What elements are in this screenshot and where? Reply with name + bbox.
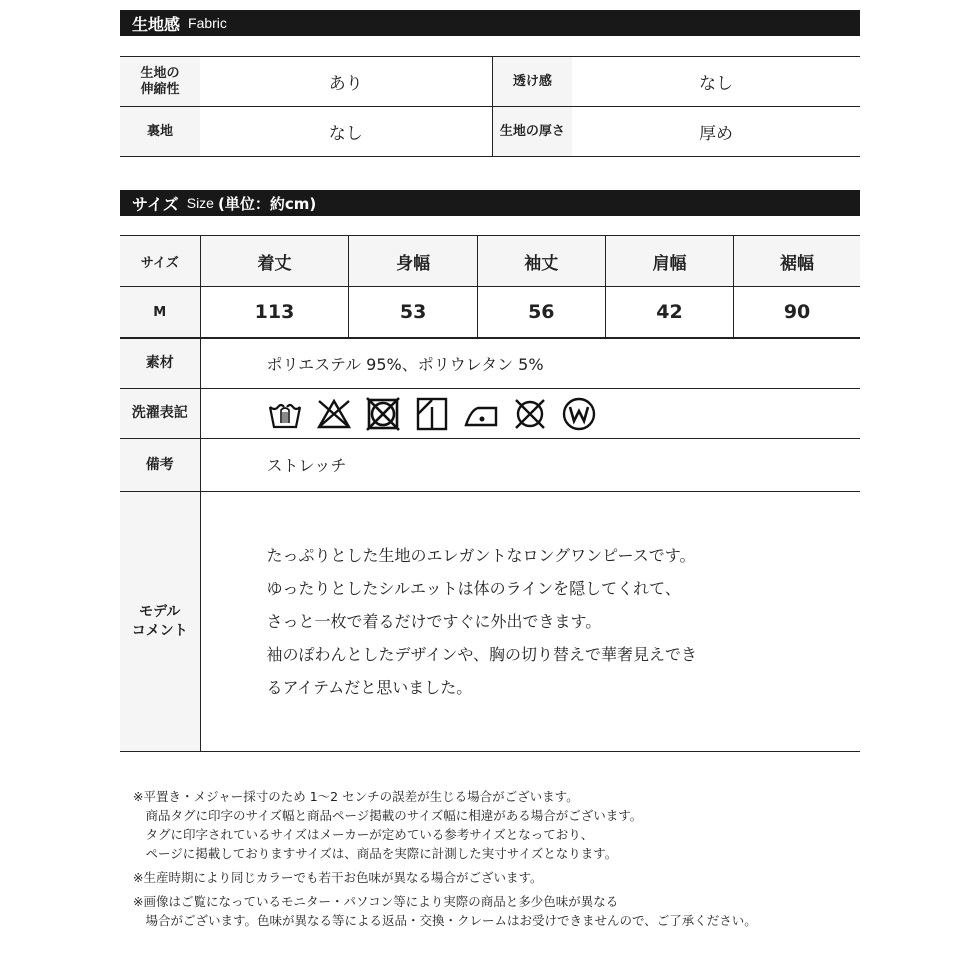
no-tumble-dry-icon xyxy=(365,396,401,432)
col-length: 着丈 xyxy=(200,236,349,287)
remarks-value: ストレッチ xyxy=(200,439,860,492)
transparency-label: 透け感 xyxy=(492,57,572,107)
fabric-row: 裏地 なし 生地の厚さ 厚め xyxy=(120,107,860,157)
col-width: 身幅 xyxy=(349,236,477,287)
thickness-label: 生地の厚さ xyxy=(492,107,572,157)
fabric-title-en: Fabric xyxy=(188,15,227,31)
size-value: 53 xyxy=(349,287,477,338)
comment-label-line: モデル xyxy=(120,603,200,622)
comment-line: 袖のぽわんとしたデザインや、胸の切り替えで華奢見えでき xyxy=(267,638,861,671)
comment-label: モデル コメント xyxy=(120,492,200,752)
size-title-jp: サイズ xyxy=(132,192,179,215)
note-line: タグに印字されているサイズはメーカーが定めている参考サイズとなっており、 xyxy=(133,825,757,844)
notes: ※平置き・メジャー採寸のため 1〜2 センチの誤差が生じる場合がございます。 商… xyxy=(133,787,757,930)
fabric-row: 生地の 伸縮性 あり 透け感 なし xyxy=(120,57,860,107)
info-table: 素材 ポリエステル 95%、ポリウレタン 5% 洗濯表記 xyxy=(120,338,860,752)
col-sleeve: 袖丈 xyxy=(477,236,605,287)
col-shoulder: 肩幅 xyxy=(605,236,733,287)
iron-low-icon xyxy=(463,396,499,432)
comment-label-line: コメント xyxy=(120,622,200,641)
fabric-table: 生地の 伸縮性 あり 透け感 なし 裏地 なし 生地の厚さ 厚め xyxy=(120,56,860,157)
lining-label: 裏地 xyxy=(120,107,200,157)
lining-value: なし xyxy=(200,107,492,157)
comment-line: ゆったりとしたシルエットは体のラインを隠してくれて、 xyxy=(267,572,861,605)
note-line: 場合がございます。色味が異なる等による返品・交換・クレームはお受けできませんので… xyxy=(133,911,757,930)
size-value: 113 xyxy=(200,287,349,338)
size-header-row: サイズ 着丈 身幅 袖丈 肩幅 裾幅 xyxy=(120,236,860,287)
size-unit: (単位：約cm) xyxy=(218,193,316,214)
note-line: ※生産時期により同じカラーでも若干お色味が異なる場合がございます。 xyxy=(133,868,757,887)
note-line: ページに掲載しておりますサイズは、商品を実際に計測した実寸サイズとなります。 xyxy=(133,844,757,863)
note-line: ※平置き・メジャー採寸のため 1〜2 センチの誤差が生じる場合がございます。 xyxy=(133,787,757,806)
material-row: 素材 ポリエステル 95%、ポリウレタン 5% xyxy=(120,339,860,389)
stretch-value: あり xyxy=(200,57,492,107)
size-section-header: サイズ Size (単位：約cm) xyxy=(120,190,860,216)
fabric-title-jp: 生地感 xyxy=(132,12,180,35)
care-icons-cell xyxy=(200,389,860,439)
no-dry-clean-icon xyxy=(512,396,548,432)
wet-clean-icon xyxy=(561,396,597,432)
thickness-value: 厚め xyxy=(572,107,860,157)
care-row: 洗濯表記 xyxy=(120,389,860,439)
size-header-label: サイズ xyxy=(120,236,200,287)
stretch-label: 生地の 伸縮性 xyxy=(120,57,200,107)
comment-line: るアイテムだと思いました。 xyxy=(267,671,861,704)
comment-line: たっぷりとした生地のエレガントなロングワンピースです。 xyxy=(267,539,861,572)
col-hem: 裾幅 xyxy=(734,236,860,287)
transparency-value: なし xyxy=(572,57,860,107)
material-label: 素材 xyxy=(120,339,200,389)
size-value: 90 xyxy=(734,287,860,338)
hand-wash-icon xyxy=(267,396,303,432)
size-table: サイズ 着丈 身幅 袖丈 肩幅 裾幅 M 113 53 56 42 90 xyxy=(120,235,860,338)
remarks-label: 備考 xyxy=(120,439,200,492)
note-line: 商品タグに印字のサイズ幅と商品ページ掲載のサイズ幅に相違がある場合がございます。 xyxy=(133,806,757,825)
comment-body: たっぷりとした生地のエレガントなロングワンピースです。 ゆったりとしたシルエット… xyxy=(200,492,860,752)
comment-row: モデル コメント たっぷりとした生地のエレガントなロングワンピースです。 ゆった… xyxy=(120,492,860,752)
size-name: M xyxy=(120,287,200,338)
note-line: ※画像はご覧になっているモニター・パソコン等により実際の商品と多少色味が異なる xyxy=(133,892,757,911)
line-dry-icon xyxy=(414,396,450,432)
fabric-section-header: 生地感 Fabric xyxy=(120,10,860,36)
material-value: ポリエステル 95%、ポリウレタン 5% xyxy=(200,339,860,389)
size-title-en: Size xyxy=(187,195,214,211)
size-value: 42 xyxy=(605,287,733,338)
remarks-row: 備考 ストレッチ xyxy=(120,439,860,492)
care-label: 洗濯表記 xyxy=(120,389,200,439)
no-bleach-icon xyxy=(316,396,352,432)
comment-line: さっと一枚で着るだけですぐに外出できます。 xyxy=(267,605,861,638)
size-row: M 113 53 56 42 90 xyxy=(120,287,860,338)
size-value: 56 xyxy=(477,287,605,338)
